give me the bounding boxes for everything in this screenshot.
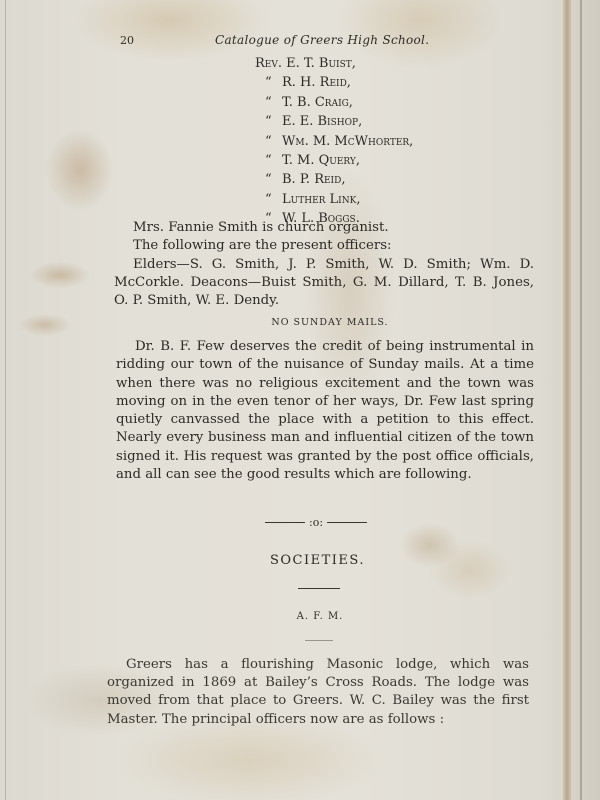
document-page: 20 Catalogue of Greers High School. Rev.…	[0, 0, 600, 800]
binding-stain	[563, 0, 571, 800]
no-sunday-mails-heading: NO SUNDAY MAILS.	[30, 317, 600, 328]
divider-rule-left	[265, 522, 305, 523]
masonic-lodge-paragraph: Greers has a flourishing Masonic lodge, …	[107, 656, 529, 729]
minister-name: R. H. Reid,	[282, 75, 351, 90]
organist-line: Mrs. Fannie Smith is church organist.	[114, 219, 534, 237]
page-number: 20	[120, 34, 134, 47]
ditto-mark: “	[265, 73, 282, 92]
running-title: Catalogue of Greers High School.	[215, 33, 429, 47]
minister-row: “Luther Link,	[265, 190, 413, 209]
page-left-edge	[5, 0, 6, 800]
officers-intro: The following are the present officers:	[114, 237, 534, 255]
ditto-mark: “	[265, 151, 282, 170]
minister-name: E. T. Buist,	[286, 56, 356, 71]
no-sunday-mails-section: Dr. B. F. Few deserves the credit of bei…	[116, 338, 534, 484]
minister-row: “B. P. Reid,	[265, 170, 413, 189]
masonic-lodge-section: Greers has a flourishing Masonic lodge, …	[107, 656, 529, 729]
ditto-mark: “	[265, 190, 282, 209]
afm-rule	[305, 640, 333, 641]
officers-list: Elders—S. G. Smith, J. P. Smith, W. D. S…	[114, 256, 534, 311]
minister-name: Wm. M. McWhorter,	[282, 134, 413, 149]
divider-ornament: :o:	[309, 516, 323, 529]
ditto-mark: “	[265, 132, 282, 151]
church-officers-section: Mrs. Fannie Smith is church organist. Th…	[114, 219, 534, 310]
minister-row: “Wm. M. McWhorter,	[265, 132, 413, 151]
no-sunday-mails-paragraph: Dr. B. F. Few deserves the credit of bei…	[116, 338, 534, 484]
ministers-list: Rev. E. T. Buist, “R. H. Reid, “T. B. Cr…	[255, 54, 413, 229]
section-divider: :o:	[265, 516, 367, 529]
minister-name: E. E. Bishop,	[282, 114, 362, 129]
societies-heading: SOCIETIES.	[0, 553, 600, 568]
ditto-mark: “	[265, 93, 282, 112]
ditto-mark: “	[265, 112, 282, 131]
divider-rule-right	[327, 522, 367, 523]
minister-row: “T. B. Craig,	[265, 93, 413, 112]
ditto-mark: “	[265, 170, 282, 189]
minister-name: Luther Link,	[282, 192, 360, 207]
afm-subheading: A. F. M.	[20, 611, 600, 622]
minister-row: “E. E. Bishop,	[265, 112, 413, 131]
minister-name: T. M. Query,	[282, 153, 360, 168]
page-right-edge	[580, 0, 582, 800]
societies-rule	[298, 588, 340, 589]
minister-prefix: Rev.	[255, 56, 282, 71]
minister-name: B. P. Reid,	[282, 172, 345, 187]
minister-row: “T. M. Query,	[265, 151, 413, 170]
minister-row: “R. H. Reid,	[265, 73, 413, 92]
minister-row: Rev. E. T. Buist,	[255, 54, 413, 73]
minister-name: T. B. Craig,	[282, 95, 353, 110]
